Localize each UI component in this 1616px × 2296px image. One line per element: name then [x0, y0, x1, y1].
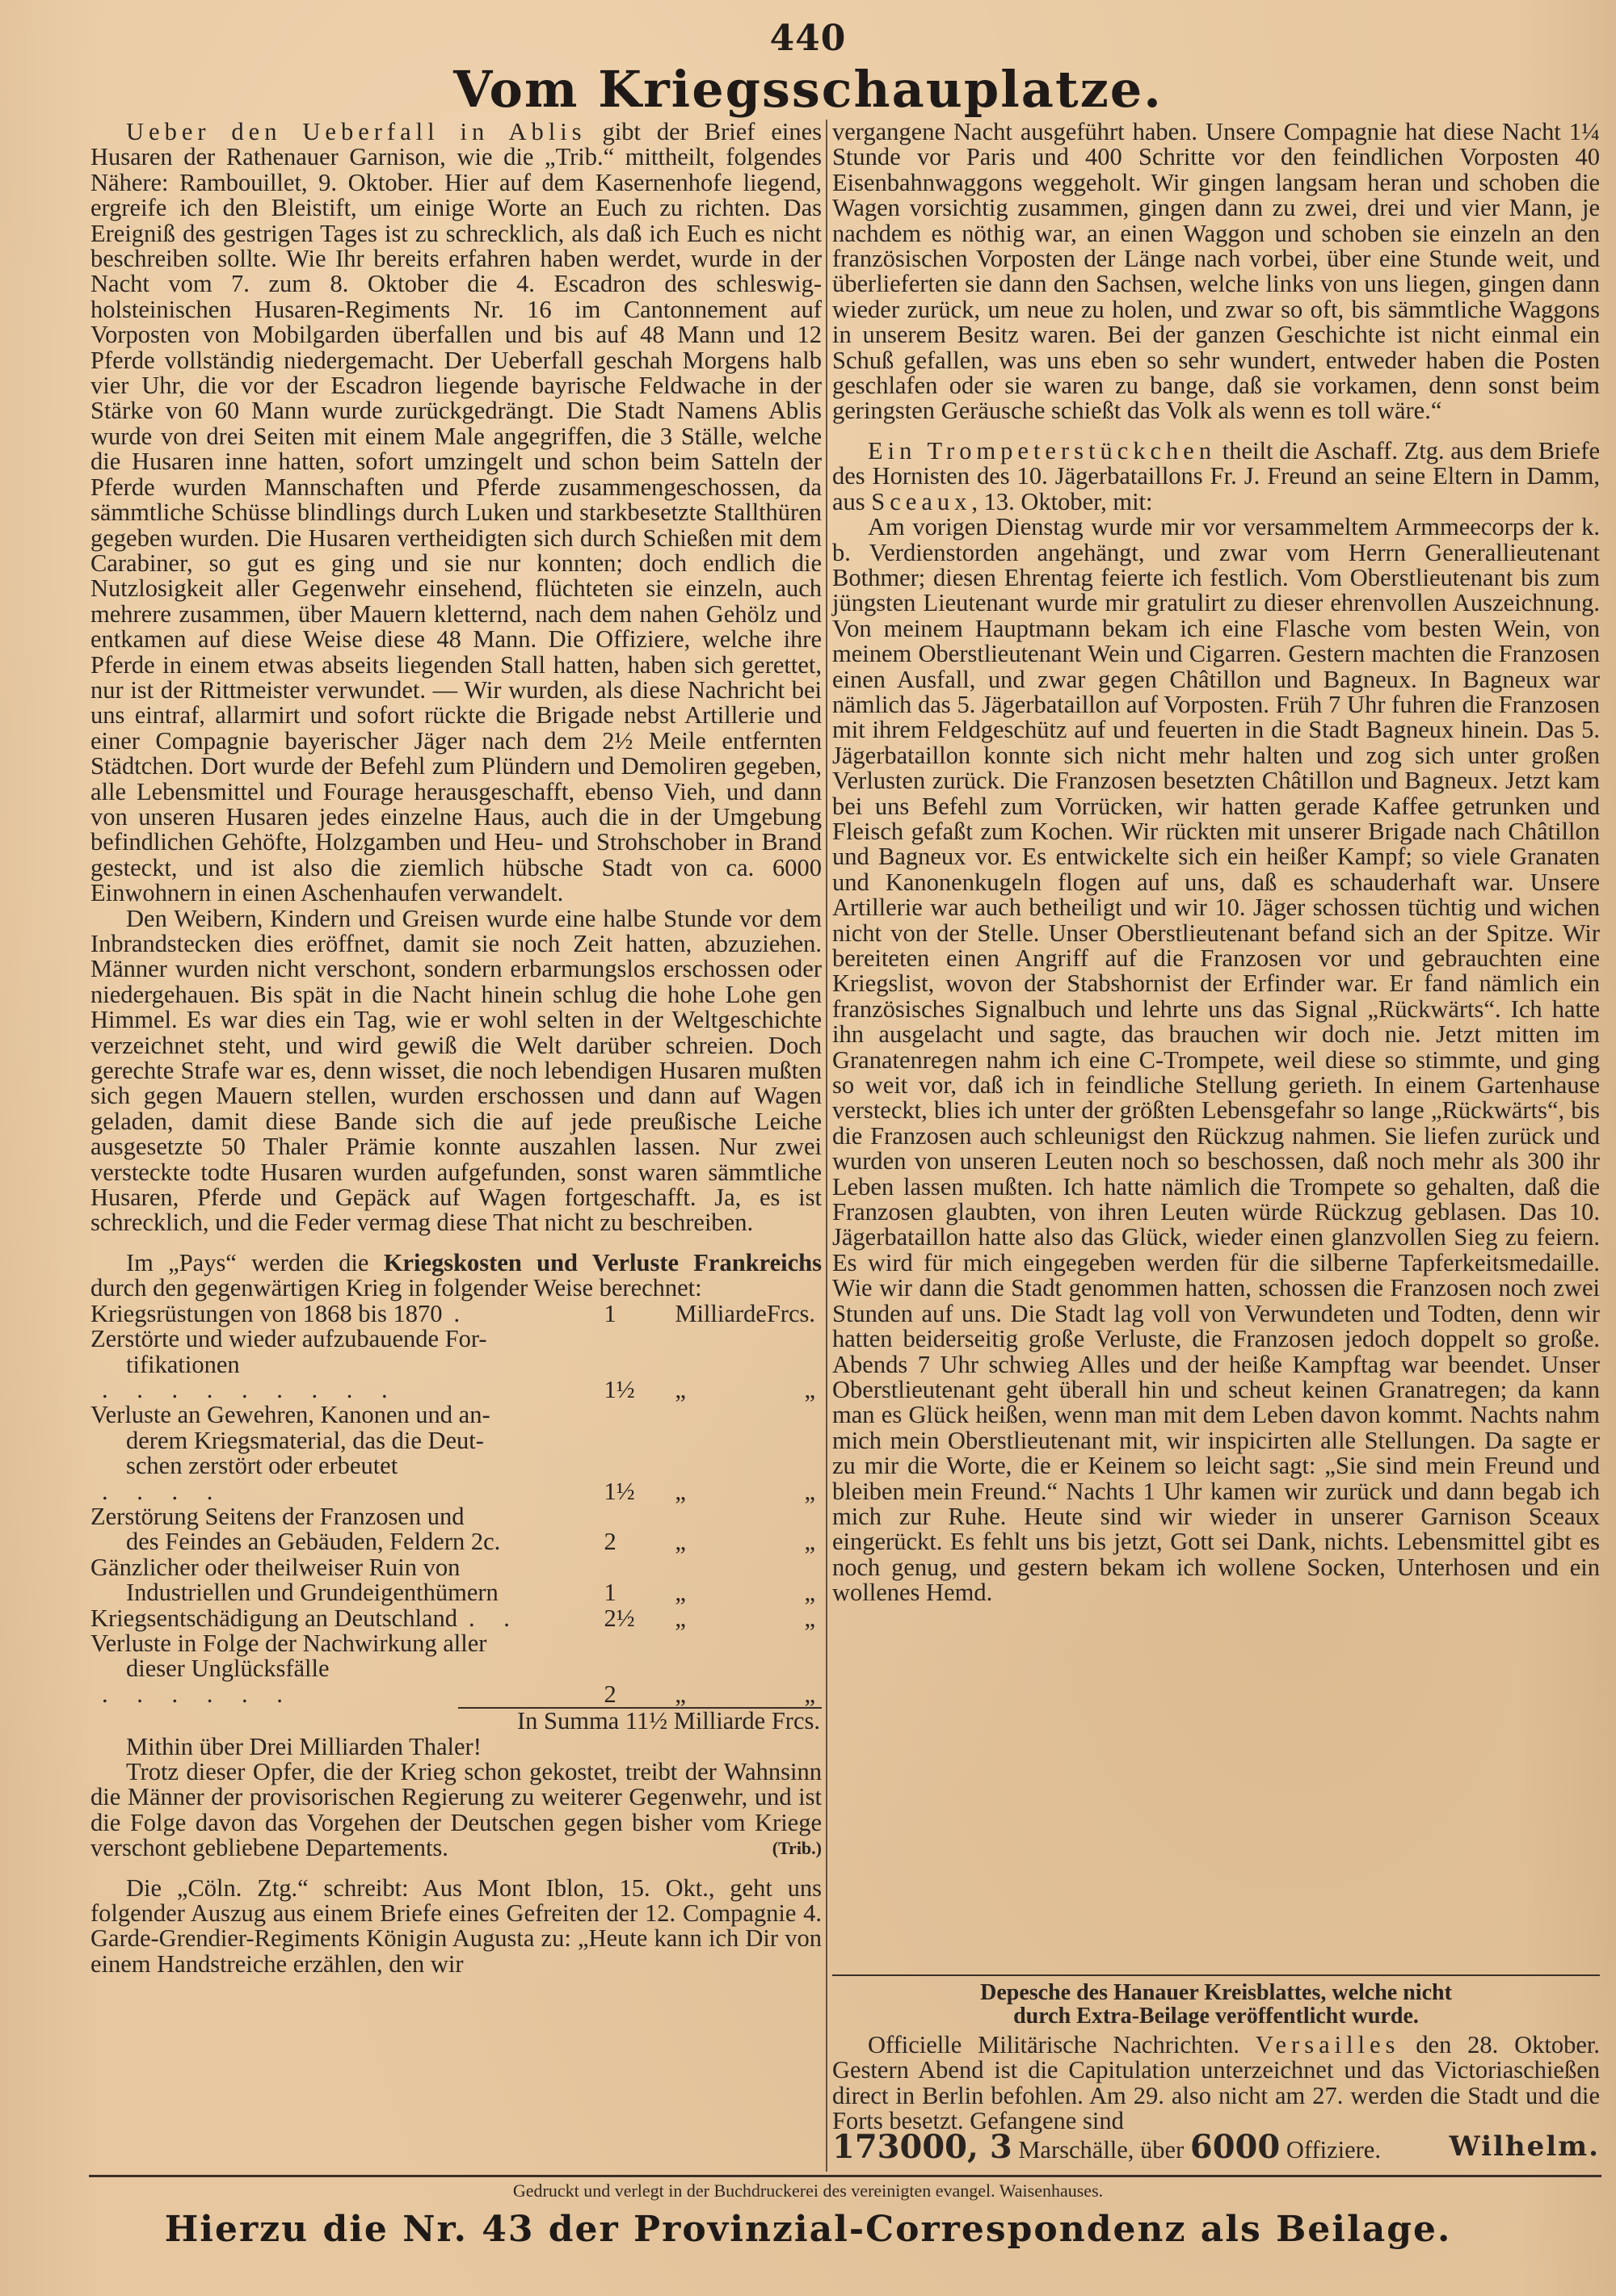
- cost-row-line: dieser Unglücksfälle: [90, 1656, 595, 1681]
- dispatch-final-line: 173000, 3 Marschälle, über 6000 Offizier…: [832, 2134, 1600, 2163]
- cost-row-description: Kriegsentschädigung an Deutschland. .: [90, 1606, 595, 1631]
- dispatch-body: Officielle Militärische Nachrichten. Ver…: [832, 2033, 1600, 2134]
- trumpeter-lead: Ein Trompeterstückchen: [868, 437, 1216, 465]
- cost-row-amount: [595, 1631, 675, 1656]
- dot-leader: . . . . . .: [102, 1680, 294, 1708]
- cost-row-description: Verluste in Folge der Nachwirkung aller: [90, 1631, 595, 1656]
- cost-row-currency: „: [767, 1656, 822, 1707]
- cost-row: schen zerstört oder erbeutet. . . .1½„„: [90, 1453, 822, 1504]
- cost-row-line: tifikationen: [90, 1352, 595, 1377]
- cost-row-line: Kriegsentschädigung an Deutschland: [90, 1604, 457, 1632]
- cost-row-currency: Frcs.: [767, 1301, 822, 1327]
- article-waggons-continuation: vergangene Nacht ausgeführt haben. Unser…: [832, 120, 1600, 424]
- cost-row-currency: „: [767, 1352, 822, 1403]
- dot-leader: .: [453, 1300, 471, 1327]
- article-war-costs-intro: Im „Pays“ werden die Kriegskosten und Ve…: [90, 1251, 822, 1301]
- cost-row-amount: 2: [595, 1529, 675, 1554]
- cost-row-line: Zerstörung Seitens der Franzosen und: [90, 1503, 464, 1530]
- cost-row: Verluste an Gewehren, Kanonen und an-: [90, 1402, 822, 1428]
- cost-row-unit: [675, 1428, 767, 1453]
- cost-row-amount: [595, 1504, 675, 1529]
- right-column: vergangene Nacht ausgeführt haben. Unser…: [832, 120, 1600, 1606]
- dot-leader: . . . .: [102, 1478, 224, 1505]
- bottom-rule: [89, 2175, 1601, 2177]
- dot-leader: . .: [469, 1604, 521, 1632]
- cost-row-amount: [595, 1327, 675, 1352]
- cost-row-amount: 2½: [595, 1606, 675, 1631]
- cost-row-description: Kriegsrüstungen von 1868 bis 1870.: [90, 1301, 595, 1327]
- article-war-costs-paragraph: Trotz dieser Opfer, die der Krieg schon …: [90, 1760, 822, 1861]
- cost-row: Kriegsrüstungen von 1868 bis 1870.1Milli…: [90, 1301, 822, 1327]
- cost-row-unit: „: [675, 1580, 767, 1605]
- signature: Wilhelm.: [1450, 2134, 1601, 2159]
- cost-row-unit: „: [675, 1656, 767, 1707]
- total-label: In Summa: [517, 1707, 619, 1735]
- cost-row-unit: [675, 1402, 767, 1428]
- article-ablis-lead: Ueber den Ueberfall in Ablis: [126, 118, 587, 145]
- source-credit: (Trib.): [737, 1836, 822, 1861]
- cost-row-unit: Milliarde: [675, 1301, 767, 1327]
- cost-row-currency: [767, 1428, 822, 1453]
- cost-row-unit: [675, 1504, 767, 1529]
- cost-row: Industriellen und Grundeigenthümern1„„: [90, 1580, 822, 1605]
- cost-row-amount: [595, 1428, 675, 1453]
- trumpeter-intro-end: , 13. Oktober, mit:: [971, 488, 1152, 515]
- prisoners-count: 173000, 3: [832, 2128, 1012, 2166]
- cost-row-unit: „: [675, 1453, 767, 1504]
- cost-row-line: schen zerstört oder erbeutet: [90, 1453, 595, 1478]
- cost-row: des Feindes an Gebäuden, Feldern 2c.2„„: [90, 1529, 822, 1554]
- cost-row-description: Verluste an Gewehren, Kanonen und an-: [90, 1402, 595, 1428]
- article-trumpeter-intro: Ein Trompeterstückchen theilt die Aschaf…: [832, 439, 1600, 515]
- total-unit: Milliarde Frcs.: [674, 1707, 820, 1735]
- trumpeter-place: Sceaux: [871, 488, 971, 515]
- cost-row-line: Verluste an Gewehren, Kanonen und an-: [90, 1401, 490, 1428]
- war-costs-paragraph-text: Trotz dieser Opfer, die der Krieg schon …: [90, 1758, 822, 1861]
- intro-bold-heading: Kriegskosten und Verluste Frankreichs: [384, 1249, 822, 1276]
- conclusion: Mithin über Drei Milliarden Thaler!: [90, 1735, 822, 1760]
- cost-row-line: Verluste in Folge der Nachwirkung aller: [90, 1629, 486, 1657]
- cost-row-currency: „: [767, 1453, 822, 1504]
- cost-row-line: des Feindes an Gebäuden, Feldern 2c.: [90, 1529, 595, 1554]
- cost-row-unit: „: [675, 1606, 767, 1631]
- imprint: Gedruckt und verlegt in der Buchdruckere…: [0, 2181, 1616, 2201]
- cost-row-amount: [595, 1555, 675, 1580]
- article-ablis-text: gibt der Brief eines Husaren der Rathena…: [90, 118, 822, 906]
- intro-suffix: durch den gegenwärtigen Krieg in folgend…: [90, 1274, 702, 1301]
- article-coeln: Die „Cöln. Ztg.“ schreibt: Aus Mont Iblo…: [90, 1876, 822, 1978]
- cost-row-amount: 1: [595, 1301, 675, 1327]
- cost-row-description: des Feindes an Gebäuden, Feldern 2c.: [90, 1529, 595, 1554]
- cost-row-unit: „: [675, 1352, 767, 1403]
- cost-row-line: derem Kriegsmaterial, das die Deut-: [90, 1428, 595, 1453]
- cost-row-currency: [767, 1631, 822, 1656]
- dispatch-lead: Officielle Militärische Nachrichten.: [868, 2031, 1239, 2058]
- supplement-notice: Hierzu die Nr. 43 der Provinzial-Corresp…: [0, 2210, 1616, 2250]
- cost-row-amount: [595, 1402, 675, 1428]
- cost-row-currency: „: [767, 1580, 822, 1605]
- cost-row-description: tifikationen. . . . . . . . .: [90, 1352, 595, 1403]
- cost-row-amount: 1½: [595, 1453, 675, 1504]
- cost-row: Verluste in Folge der Nachwirkung aller: [90, 1631, 822, 1656]
- cost-row-description: Industriellen und Grundeigenthümern: [90, 1580, 595, 1605]
- cost-row: Gänzlicher oder theilweiser Ruin von: [90, 1555, 822, 1580]
- cost-row-unit: [675, 1631, 767, 1656]
- dot-leader: . . . . . . . . .: [102, 1376, 399, 1403]
- cost-row-currency: [767, 1327, 822, 1352]
- cost-row-description: derem Kriegsmaterial, das die Deut-: [90, 1428, 595, 1453]
- cost-row: tifikationen. . . . . . . . .1½„„: [90, 1352, 822, 1403]
- cost-row-unit: „: [675, 1529, 767, 1554]
- article-ablis-paragraph2: Den Weibern, Kindern und Greisen wurde e…: [90, 906, 822, 1236]
- cost-row-currency: [767, 1504, 822, 1529]
- cost-row: Zerstörung Seitens der Franzosen und: [90, 1504, 822, 1529]
- cost-row-currency: „: [767, 1606, 822, 1631]
- cost-row-unit: [675, 1327, 767, 1352]
- page-number: 440: [0, 21, 1616, 57]
- cost-row-amount: 2: [595, 1656, 675, 1707]
- dispatch-place: Versailles: [1256, 2031, 1400, 2058]
- cost-row: dieser Unglücksfälle. . . . . .2„„: [90, 1656, 822, 1707]
- dispatch-box: Depesche des Hanauer Kreisblattes, welch…: [832, 1974, 1600, 2163]
- cost-row-amount: 1: [595, 1580, 675, 1605]
- war-costs-table: Kriegsrüstungen von 1868 bis 1870.1Milli…: [90, 1301, 822, 1708]
- cost-row-description: dieser Unglücksfälle. . . . . .: [90, 1656, 595, 1707]
- cost-row-line: Gänzlicher oder theilweiser Ruin von: [90, 1554, 460, 1581]
- article-trumpeter-text: Am vorigen Dienstag wurde mir vor versam…: [832, 515, 1600, 1605]
- cost-row: derem Kriegsmaterial, das die Deut-: [90, 1428, 822, 1453]
- cost-row-currency: [767, 1555, 822, 1580]
- cost-row-description: schen zerstört oder erbeutet. . . .: [90, 1453, 595, 1504]
- headline: Vom Kriegsschauplatze.: [0, 61, 1616, 118]
- dispatch-title-line2: durch Extra-Beilage veröffentlicht wurde…: [832, 2004, 1600, 2028]
- marshals-text: Marschälle, über: [1018, 2136, 1184, 2164]
- left-column: Ueber den Ueberfall in Ablis gibt der Br…: [90, 120, 822, 2172]
- cost-row-description: Zerstörte und wieder aufzubauende For-: [90, 1327, 595, 1352]
- cost-row-line: Zerstörte und wieder aufzubauende For-: [90, 1325, 487, 1352]
- dispatch-title: Depesche des Hanauer Kreisblattes, welch…: [832, 1981, 1600, 2028]
- cost-row-currency: [767, 1402, 822, 1428]
- total-line: In Summa 11½ Milliarde Frcs.: [90, 1709, 822, 1734]
- cost-row-line: Kriegsrüstungen von 1868 bis 1870: [90, 1300, 442, 1327]
- cost-row-description: Gänzlicher oder theilweiser Ruin von: [90, 1555, 595, 1580]
- column-divider: [826, 120, 827, 2172]
- officers-count: 6000: [1190, 2128, 1280, 2166]
- cost-row-unit: [675, 1555, 767, 1580]
- article-ablis: Ueber den Ueberfall in Ablis gibt der Br…: [90, 120, 822, 906]
- cost-row-line: Industriellen und Grundeigenthümern: [90, 1580, 595, 1605]
- cost-row: Zerstörte und wieder aufzubauende For-: [90, 1327, 822, 1352]
- dispatch-title-line1: Depesche des Hanauer Kreisblattes, welch…: [832, 1981, 1600, 2004]
- cost-row-amount: 1½: [595, 1352, 675, 1403]
- officers-text: Offiziere.: [1286, 2136, 1381, 2164]
- cost-row: Kriegsentschädigung an Deutschland. .2½„…: [90, 1606, 822, 1631]
- cost-row-description: Zerstörung Seitens der Franzosen und: [90, 1504, 595, 1529]
- intro-prefix: Im „Pays“ werden die: [126, 1249, 368, 1276]
- total-amount: 11½: [625, 1707, 667, 1735]
- cost-row-currency: „: [767, 1529, 822, 1554]
